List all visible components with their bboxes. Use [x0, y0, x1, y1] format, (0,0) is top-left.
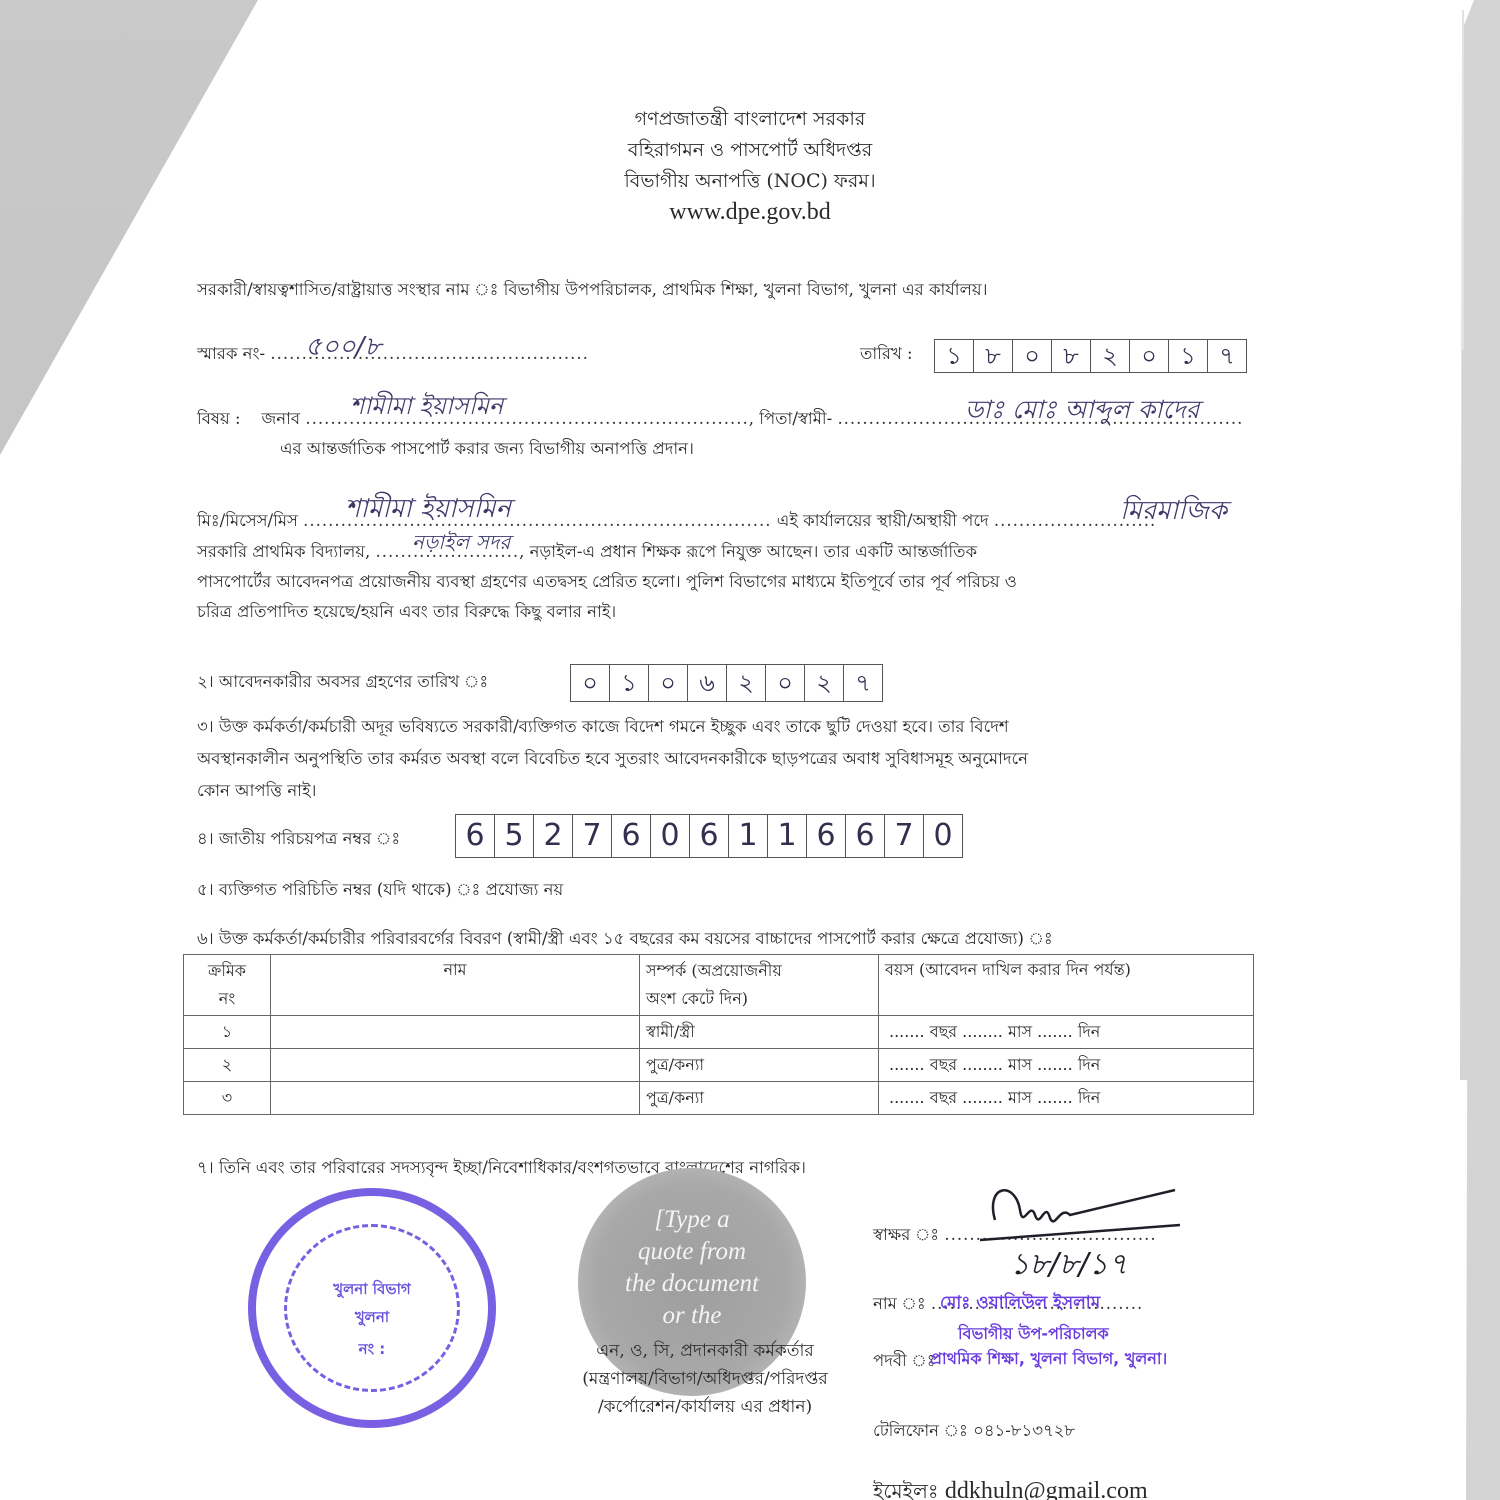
applicant-value: শামীমা ইয়াসমিন [345, 488, 511, 532]
item-5: ৫। ব্যক্তিগত পরিচিতি নম্বর (যদি থাকে) ঃ … [197, 877, 563, 903]
retirement-date-boxes[interactable]: ০১০৬২০২৭ [570, 664, 883, 702]
item-6: ৬। উক্ত কর্মকর্তা/কর্মচারীর পরিবারবর্গের… [197, 926, 1053, 952]
officer-line-3: /কর্পোরেশন/কার্যালয় এর প্রধান) [545, 1393, 865, 1421]
family-table-row: ১স্বামী/স্ত্রী....... বছর ........ মাস .… [184, 1016, 1254, 1049]
header-relation: সম্পর্ক (অপ্রয়োজনীয় অংশ কেটে দিন) [640, 955, 879, 1016]
nid-digit[interactable]: 6 [612, 815, 651, 857]
retirement-date-digit[interactable]: ১ [610, 665, 649, 701]
nid-digit[interactable]: 6 [807, 815, 846, 857]
school-suffix: , নড়াইল-এ প্রধান শিক্ষক রূপে নিযুক্ত আছ… [519, 542, 977, 561]
item-3-line-1: ৩। উক্ত কর্মকর্তা/কর্মচারী অদূর ভবিষ্যতে… [197, 714, 1317, 740]
family-table: ক্রমিক নং নাম সম্পর্ক (অপ্রয়োজনীয় অংশ … [183, 954, 1254, 1115]
nid-label: ৪। জাতীয় পরিচয়পত্র নম্বর ঃ [197, 826, 400, 852]
nid-digit[interactable]: 1 [768, 815, 807, 857]
officer-designation-stamp: বিভাগীয় উপ-পরিচালক [958, 1321, 1109, 1348]
retirement-date-digit[interactable]: ০ [766, 665, 805, 701]
seal-line-3: নং : [256, 1338, 488, 1363]
nid-digit[interactable]: 1 [729, 815, 768, 857]
family-cell-age: ....... বছর ........ মাস ....... দিন [879, 1082, 1254, 1115]
date-digit[interactable]: ৮ [1052, 340, 1091, 372]
family-cell-name[interactable] [271, 1016, 640, 1049]
phone-label: টেলিফোন ঃ [873, 1421, 968, 1440]
family-cell-name[interactable] [271, 1049, 640, 1082]
date-boxes[interactable]: ১৮০৮২০১৭ [934, 339, 1247, 373]
date-digit[interactable]: ০ [1013, 340, 1052, 372]
family-cell-relation: পুত্র/কন্যা [640, 1049, 879, 1082]
retirement-date-digit[interactable]: ২ [805, 665, 844, 701]
item-3-line-2: অবস্থানকালীন অনুপস্থিতি তার কর্মরত অবস্থ… [197, 746, 1317, 772]
title-label: মিঃ/মিসেস/মিস [197, 511, 298, 530]
retirement-label: ২। আবেদনকারীর অবসর গ্রহণের তারিখ ঃ [197, 669, 488, 695]
post-label: পদবী ঃ [873, 1348, 936, 1374]
officer-line-2: (মন্ত্রণালয়/বিভাগ/অধিদপ্তর/পরিদপ্তর [545, 1365, 865, 1393]
date-digit[interactable]: ৮ [974, 340, 1013, 372]
officer-designation-block: এন, ও, সি, প্রদানকারী কর্মকর্তার (মন্ত্র… [545, 1337, 865, 1421]
subject-prefix: জনাব [262, 409, 301, 428]
header-serial: ক্রমিক নং [184, 955, 271, 1016]
nid-digit[interactable]: 6 [846, 815, 885, 857]
header-name: নাম [271, 955, 640, 1016]
nid-digit[interactable]: 6 [690, 815, 729, 857]
header-department: বহিরাগমন ও পাসপোর্ট অধিদপ্তর [0, 135, 1500, 166]
nid-digit[interactable]: 2 [534, 815, 573, 857]
subject-line-2: এর আন্তর্জাতিক পাসপোর্ট করার জন্য বিভাগী… [280, 436, 694, 462]
family-table-row: ২পুত্র/কন্যা....... বছর ........ মাস ...… [184, 1049, 1254, 1082]
school-prefix: সরকারি প্রাথমিক বিদ্যালয়, [197, 542, 370, 561]
email-line: ইমেইলঃ ddkhuln@gmail.com [873, 1478, 1148, 1500]
nid-boxes[interactable]: 6527606116670 [455, 814, 963, 858]
email-label: ইমেইলঃ [873, 1479, 939, 1500]
family-table-header: ক্রমিক নং নাম সম্পর্ক (অপ্রয়োজনীয় অংশ … [184, 955, 1254, 1016]
applicant-name-value: শামীমা ইয়াসমিন [350, 388, 503, 428]
seal-line-2: খুলনা [256, 1306, 488, 1331]
nid-digit[interactable]: 0 [651, 815, 690, 857]
signature-label: স্বাক্ষর ঃ [873, 1225, 939, 1244]
officer-office-stamp: প্রাথমিক শিক্ষা, খুলনা বিভাগ, খুলনা। [930, 1346, 1167, 1373]
nid-digit[interactable]: 5 [495, 815, 534, 857]
header-form-title: বিভাগীয় অনাপত্তি (NOC) ফরম। [0, 166, 1500, 197]
school-value: নড়াইল সদর [412, 528, 510, 561]
item-3-line-3: কোন আপত্তি নাই। [197, 778, 1317, 804]
family-cell-serial: ৩ [184, 1082, 271, 1115]
family-table-row: ৩পুত্র/কন্যা....... বছর ........ মাস ...… [184, 1082, 1254, 1115]
memo-line: স্মারক নং- .............................… [197, 341, 589, 367]
nid-digit[interactable]: 7 [573, 815, 612, 857]
email-value[interactable]: ddkhuln@gmail.com [945, 1478, 1148, 1500]
memo-label: স্মারক নং- [197, 344, 265, 363]
retirement-date-digit[interactable]: ০ [649, 665, 688, 701]
retirement-date-digit[interactable]: ০ [571, 665, 610, 701]
organization-label: সরকারী/স্বায়ত্বশাসিত/রাষ্ট্রায়াত্ত সংস… [197, 280, 498, 299]
subject-label: বিষয় : [197, 409, 241, 428]
nid-digit[interactable]: 7 [885, 815, 924, 857]
retirement-date-digit[interactable]: ৭ [844, 665, 882, 701]
item-3: ৩। উক্ত কর্মকর্তা/কর্মচারী অদূর ভবিষ্যতে… [197, 714, 1317, 804]
family-cell-relation: স্বামী/স্ত্রী [640, 1016, 879, 1049]
body-line-1: মিঃ/মিসেস/মিস ..........................… [197, 508, 1156, 534]
date-digit[interactable]: ১ [1169, 340, 1208, 372]
organization-line: সরকারী/স্বায়ত্বশাসিত/রাষ্ট্রায়াত্ত সংস… [197, 277, 988, 303]
nid-digit[interactable]: 0 [924, 815, 962, 857]
form-header: গণপ্রজাতন্ত্রী বাংলাদেশ সরকার বহিরাগমন ও… [0, 104, 1500, 228]
date-digit[interactable]: ৭ [1208, 340, 1246, 372]
phone-value: ০৪১-৮১৩৭২৮ [973, 1421, 1075, 1440]
phone-line: টেলিফোন ঃ ০৪১-৮১৩৭২৮ [873, 1418, 1075, 1444]
body-line-2: সরকারি প্রাথমিক বিদ্যালয়, .............… [197, 539, 977, 565]
signature-date: ১৮/৮/১৭ [1010, 1240, 1128, 1291]
memo-value: ৫০০/৮ [305, 326, 381, 370]
post-text: এই কার্যালয়ের স্থায়ী/অস্থায়ী পদে [777, 511, 989, 530]
family-cell-relation: পুত্র/কন্যা [640, 1082, 879, 1115]
officer-line-1: এন, ও, সি, প্রদানকারী কর্মকর্তার [545, 1337, 865, 1365]
date-digit[interactable]: ২ [1091, 340, 1130, 372]
header-government: গণপ্রজাতন্ত্রী বাংলাদেশ সরকার [0, 104, 1500, 135]
seal-line-1: খুলনা বিভাগ [256, 1278, 488, 1303]
header-url[interactable]: www.dpe.gov.bd [0, 197, 1500, 228]
name-label: নাম ঃ [873, 1294, 926, 1313]
office-seal: খুলনা বিভাগ খুলনা নং : [248, 1188, 496, 1428]
family-cell-serial: ১ [184, 1016, 271, 1049]
body-line-3: পাসপোর্টের আবেদনপত্র প্রয়োজনীয় ব্যবস্থ… [197, 569, 1017, 595]
family-cell-name[interactable] [271, 1082, 640, 1115]
date-digit[interactable]: ০ [1130, 340, 1169, 372]
organization-value: বিভাগীয় উপপরিচালক, প্রাথমিক শিক্ষা, খুল… [504, 280, 988, 299]
date-label: তারিখ : [860, 341, 913, 367]
family-cell-age: ....... বছর ........ মাস ....... দিন [879, 1049, 1254, 1082]
family-cell-serial: ২ [184, 1049, 271, 1082]
family-cell-age: ....... বছর ........ মাস ....... দিন [879, 1016, 1254, 1049]
header-age: বয়স (আবেদন দাখিল করার দিন পর্যন্ত) [879, 955, 1254, 1016]
officer-name-stamp: মোঃ ওয়ালিউল ইসলাম [940, 1290, 1100, 1318]
nid-digit[interactable]: 6 [456, 815, 495, 857]
post-value: মিরমাজিক [1120, 490, 1227, 534]
father-label: পিতা/স্বামী- [759, 409, 832, 428]
date-digit[interactable]: ১ [935, 340, 974, 372]
father-name-value: ডাঃ মোঃ আব্দুল কাদের [965, 390, 1199, 433]
body-line-4: চরিত্র প্রতিপাদিত হয়েছে/হয়নি এবং তার ব… [197, 599, 616, 625]
retirement-date-digit[interactable]: ৬ [688, 665, 727, 701]
retirement-date-digit[interactable]: ২ [727, 665, 766, 701]
